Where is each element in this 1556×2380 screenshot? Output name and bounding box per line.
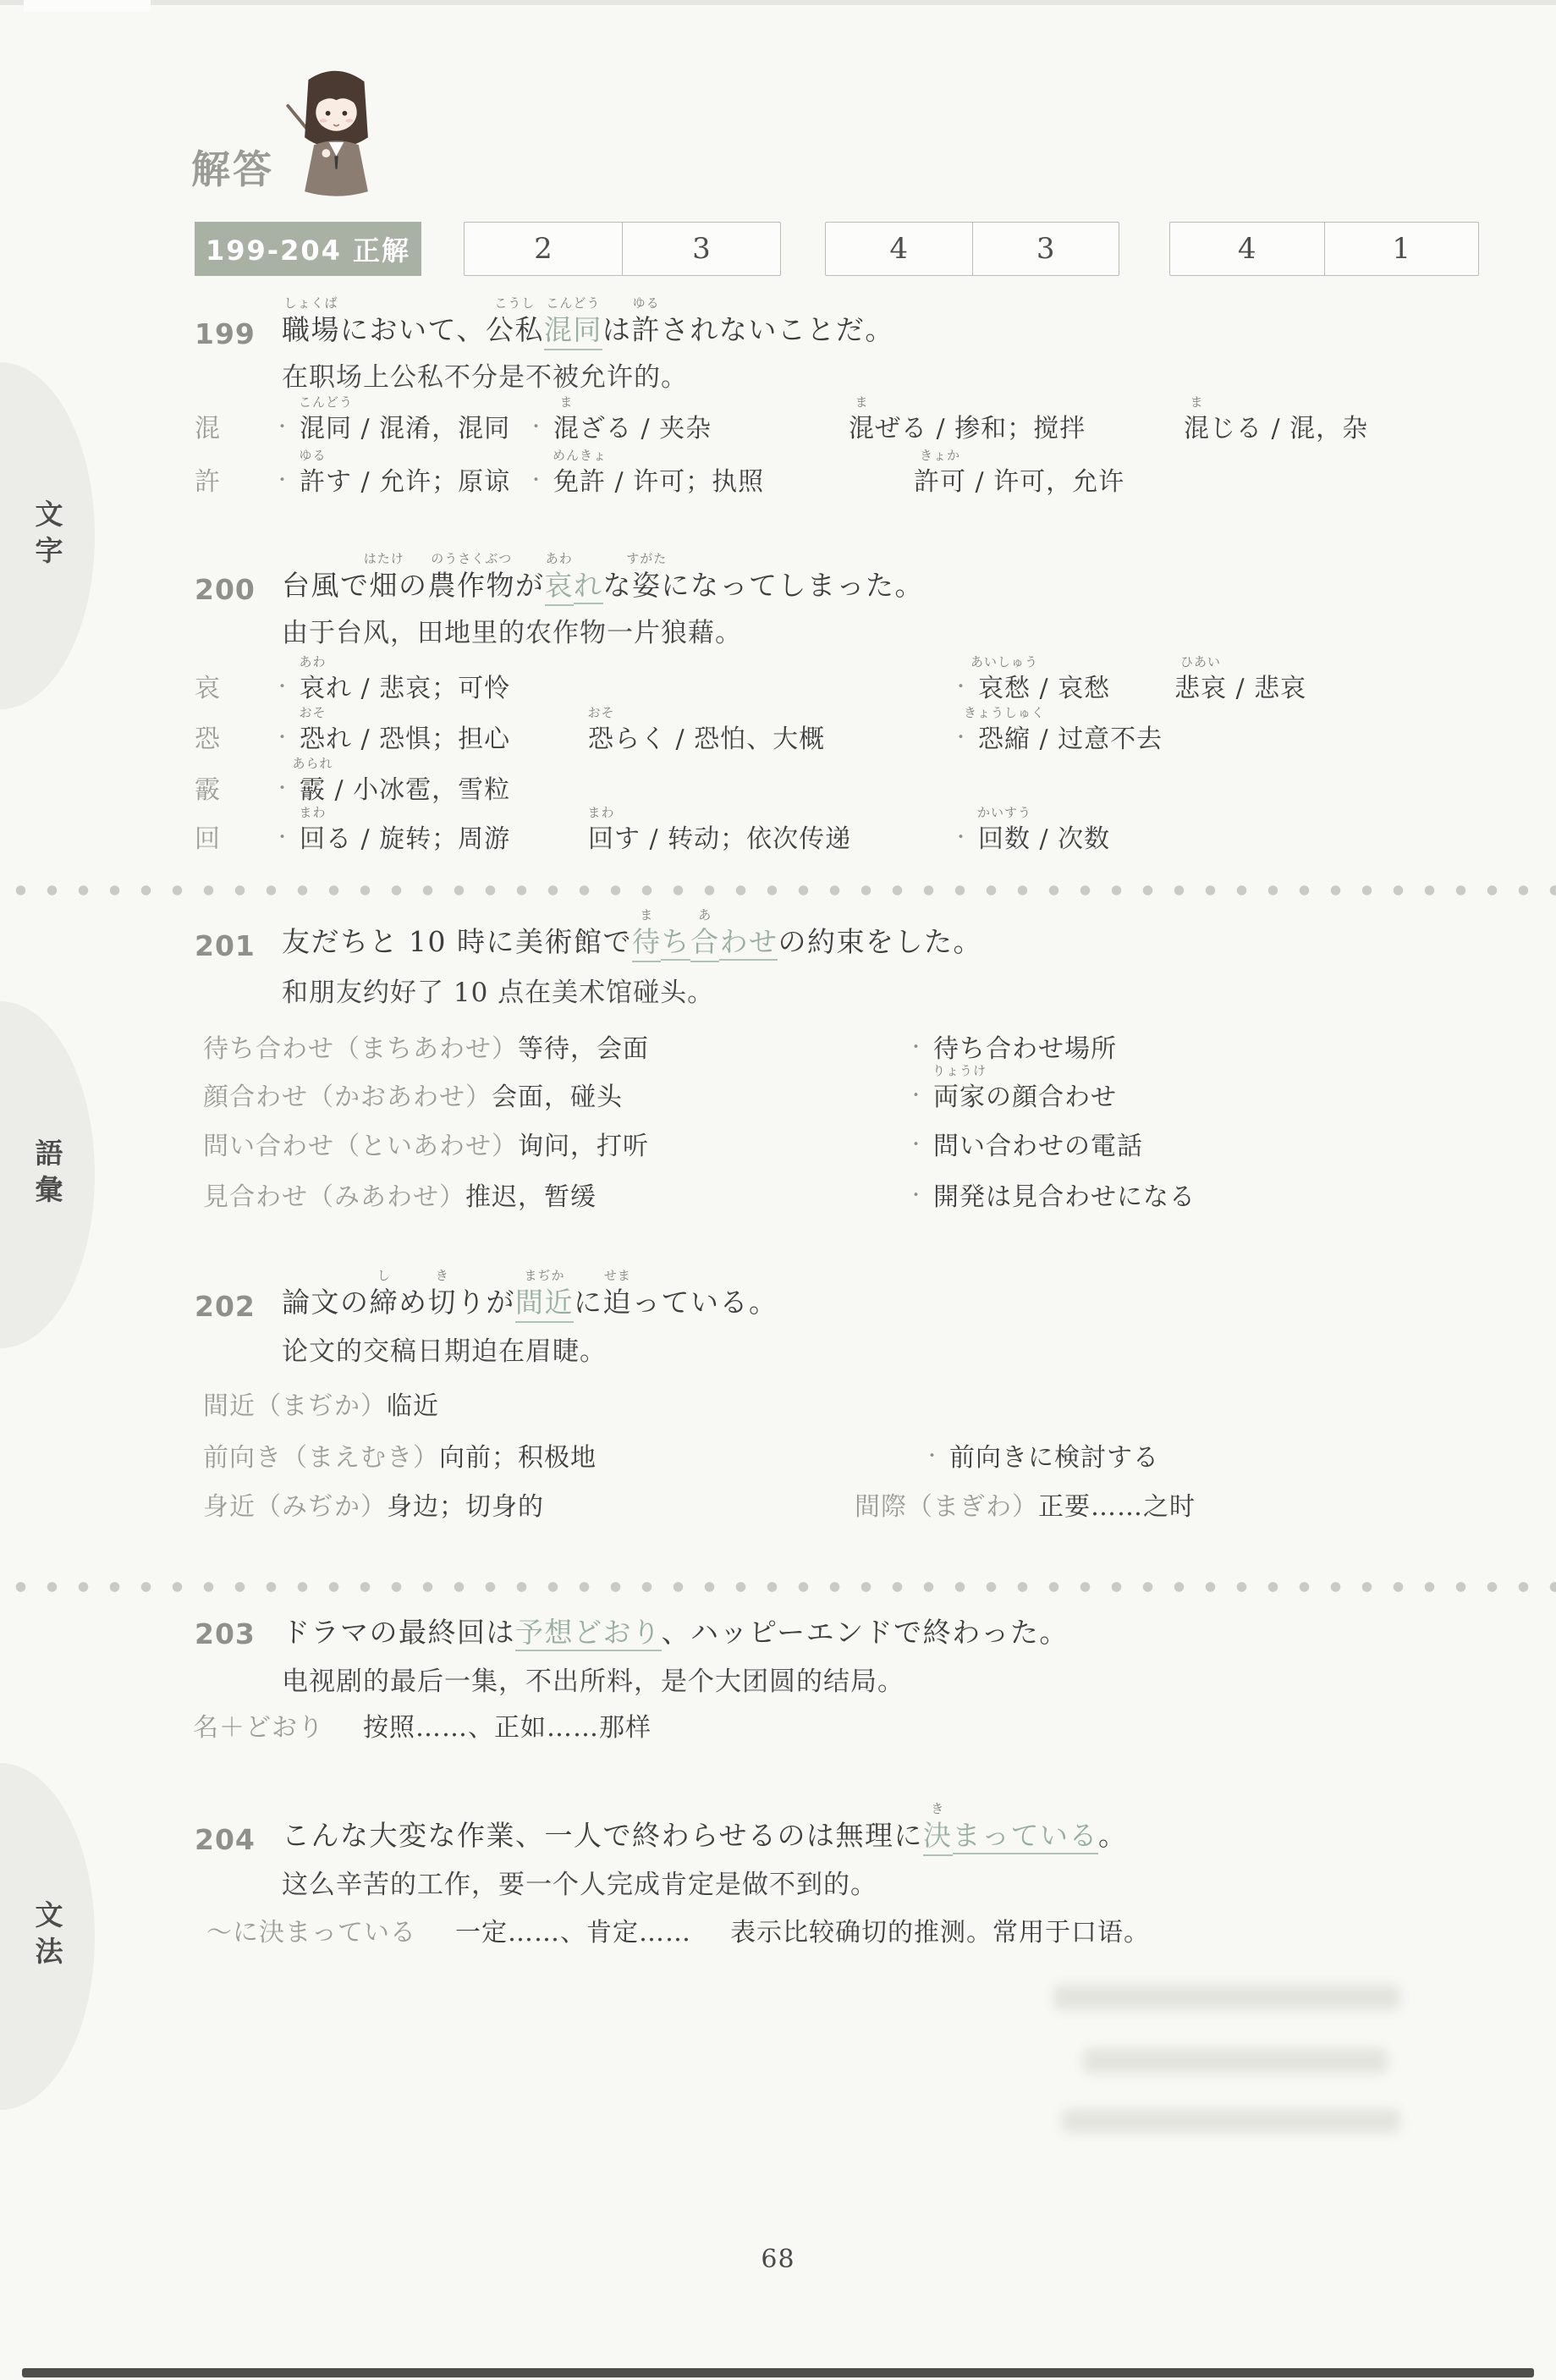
vocab-cell: ・哀あわれ / 悲哀；可怜 (273, 667, 510, 704)
answer-range-label: 199-204 正解 (195, 222, 421, 276)
vocab-cell: 間際（まぎわ）正要……之时 (855, 1485, 1196, 1523)
answer-value: 3 (692, 232, 711, 266)
teacher-girl-illustration (279, 59, 393, 199)
question-203-translation: 电视剧的最后一集，不出所料，是个大团圆的结局。 (282, 1660, 904, 1698)
vocab-cell: ・両家りょうけの顔合わせ (907, 1076, 1117, 1113)
question-sentence: ドラマの最終回は予想どおり、ハッピーエンドで終わった。 (282, 1611, 1069, 1650)
vocab-cell: 悲哀ひあい / 悲哀 (1174, 667, 1306, 704)
answer-value: 3 (1036, 232, 1055, 266)
question-number: 203 (195, 1617, 261, 1650)
section-divider-dots (0, 1580, 1556, 1594)
grammar-note: 〜に決まっている一定……、肯定……表示比较确切的推测。常用于口语。 (206, 1911, 1150, 1948)
vocab-cell: ・哀愁あいしゅう / 哀愁 (952, 667, 1110, 704)
question-204-translation: 这么辛苦的工作，要一个人完成肯定是做不到的。 (282, 1863, 877, 1901)
answer-box-group-2: 4 3 (825, 222, 1119, 276)
question-203-sentence-line: 203 ドラマの最終回は予想どおり、ハッピーエンドで終わった。 (195, 1611, 1069, 1650)
answer-value: 4 (1238, 232, 1256, 266)
question-202-sentence-line: 202 論文の締しめ切きりが間近まぢかに迫せまっている。 (195, 1281, 778, 1323)
question-number: 204 (195, 1823, 261, 1856)
vocab-cell: ・許ゆるす / 允许；原谅 (273, 460, 510, 498)
vocab-cell: ・回数かいすう / 次数 (952, 818, 1110, 855)
question-201-sentence-line: 201 友だちと 10 時に美術館で待まち合あわせの約束をした。 (195, 920, 982, 962)
answer-value: 4 (889, 232, 908, 266)
kanji-label: 許 (195, 460, 221, 498)
answer-cell-199: 2 (465, 223, 622, 275)
vocab-cell: ・開発は見合わせになる (907, 1176, 1196, 1213)
vocab-cell: 混まじる / 混，杂 (1184, 407, 1368, 444)
vocab-cell: 見合わせ（みあわせ）推迟，暂缓 (203, 1176, 597, 1213)
answer-cell-204: 1 (1324, 223, 1479, 275)
vocab-cell: ・回まわる / 旋转；周游 (273, 818, 510, 855)
vocab-cell: ・免許めんきょ / 许可；执照 (527, 460, 764, 498)
vocab-cell: 待ち合わせ（まちあわせ）等待，会面 (203, 1027, 649, 1065)
question-number: 202 (195, 1290, 261, 1323)
vocab-cell: 問い合わせ（といあわせ）询问，打听 (203, 1125, 649, 1162)
question-199-translation: 在职场上公私不分是不被允许的。 (282, 355, 688, 394)
page-number: 68 (0, 2245, 1556, 2274)
question-sentence: 友だちと 10 時に美術館で待まち合あわせの約束をした。 (282, 920, 982, 962)
grammar-note: 名＋どおり按照……、正如……那样 (193, 1706, 652, 1744)
kanji-label: 恐 (195, 718, 221, 755)
vocab-cell: 間近（まぢか）临近 (203, 1385, 439, 1422)
vocab-cell: ・恐おそれ / 恐惧；担心 (273, 718, 510, 755)
sidebar-tab-moji: 文字 (0, 362, 95, 709)
answer-cell-202: 3 (972, 223, 1119, 275)
answers-heading: 解答 (191, 139, 274, 195)
vocab-cell: ・混同こんどう / 混淆，混同 (273, 407, 510, 444)
answer-box-group-1: 2 3 (464, 222, 781, 276)
textbook-answer-page: 文字 語彙 文法 解答 199-204 正解 2 3 4 3 4 1 199 (0, 0, 1556, 2380)
question-202-translation: 论文的交稿日期迫在眉睫。 (282, 1330, 607, 1368)
scan-corner-patch (24, 0, 151, 12)
vocab-cell: 恐おそらく / 恐怕、大概 (588, 718, 825, 755)
vocab-cell: ・恐縮きょうしゅく / 过意不去 (952, 718, 1163, 755)
vocab-cell: ・前向きに検討する (923, 1436, 1159, 1474)
section-divider-dots (0, 884, 1556, 897)
kanji-label: 混 (195, 407, 221, 444)
sidebar-tab-label: 語彙 (28, 1138, 68, 1211)
question-201-translation: 和朋友约好了 10 点在美术馆碰头。 (282, 971, 714, 1009)
answer-value: 1 (1392, 232, 1410, 266)
question-sentence: 職場しょくばにおいて、公私こうし混同こんどうは許ゆるされないことだ。 (282, 308, 894, 350)
question-number: 199 (195, 317, 261, 350)
scan-top-edge (0, 0, 1556, 5)
answer-cell-201: 4 (826, 223, 972, 275)
vocab-cell: ・問い合わせの電話 (907, 1125, 1143, 1162)
vocab-cell: ・霰あられ / 小冰雹，雪粒 (273, 769, 510, 806)
showthrough-smudge (1062, 2109, 1400, 2133)
vocab-cell: ・待ち合わせ場所 (907, 1027, 1117, 1065)
answer-box-group-3: 4 1 (1169, 222, 1479, 276)
kanji-label: 哀 (195, 667, 221, 704)
vocab-cell: 回まわす / 转动；依次传递 (588, 818, 851, 855)
sidebar-tab-label: 文字 (28, 499, 68, 572)
showthrough-smudge (1083, 2048, 1388, 2074)
question-sentence: 論文の締しめ切きりが間近まぢかに迫せまっている。 (282, 1281, 778, 1323)
vocab-cell: ・混まざる / 夹杂 (527, 407, 712, 444)
question-number: 200 (195, 573, 261, 606)
question-204-sentence-line: 204 こんな大変な作業、一人で終わらせるのは無理に決きまっている。 (195, 1814, 1128, 1856)
question-sentence: 台風で畑はたけの農作物のうさくぶつが哀あわれな姿すがたになってしまった。 (282, 564, 924, 606)
answer-cell-200: 3 (622, 223, 780, 275)
vocab-cell: 顔合わせ（かおあわせ）会面，碰头 (203, 1076, 623, 1113)
sidebar-tab-label: 文法 (28, 1900, 68, 1973)
kanji-label: 回 (195, 818, 221, 855)
vocab-cell: 身近（みぢか）身边；切身的 (203, 1485, 544, 1523)
answer-value: 2 (534, 232, 553, 266)
showthrough-smudge (1053, 1985, 1400, 2010)
scan-bottom-edge (22, 2368, 1534, 2377)
vocab-cell: 前向き（まえむき）向前；积极地 (203, 1436, 597, 1474)
sidebar-tab-goi: 語彙 (0, 1001, 95, 1348)
question-sentence: こんな大変な作業、一人で終わらせるのは無理に決きまっている。 (282, 1814, 1128, 1856)
question-200-sentence-line: 200 台風で畑はたけの農作物のうさくぶつが哀あわれな姿すがたになってしまった。 (195, 564, 924, 606)
answer-cell-203: 4 (1170, 223, 1324, 275)
kanji-label: 霰 (195, 769, 221, 806)
question-199-sentence-line: 199 職場しょくばにおいて、公私こうし混同こんどうは許ゆるされないことだ。 (195, 308, 894, 350)
vocab-cell: 許可きょか / 许可，允许 (914, 460, 1124, 498)
question-number: 201 (195, 929, 261, 962)
question-200-translation: 由于台风，田地里的农作物一片狼藉。 (282, 611, 742, 649)
sidebar-tab-bunpo: 文法 (0, 1763, 95, 2110)
vocab-cell: 混まぜる / 掺和；搅拌 (849, 407, 1086, 444)
